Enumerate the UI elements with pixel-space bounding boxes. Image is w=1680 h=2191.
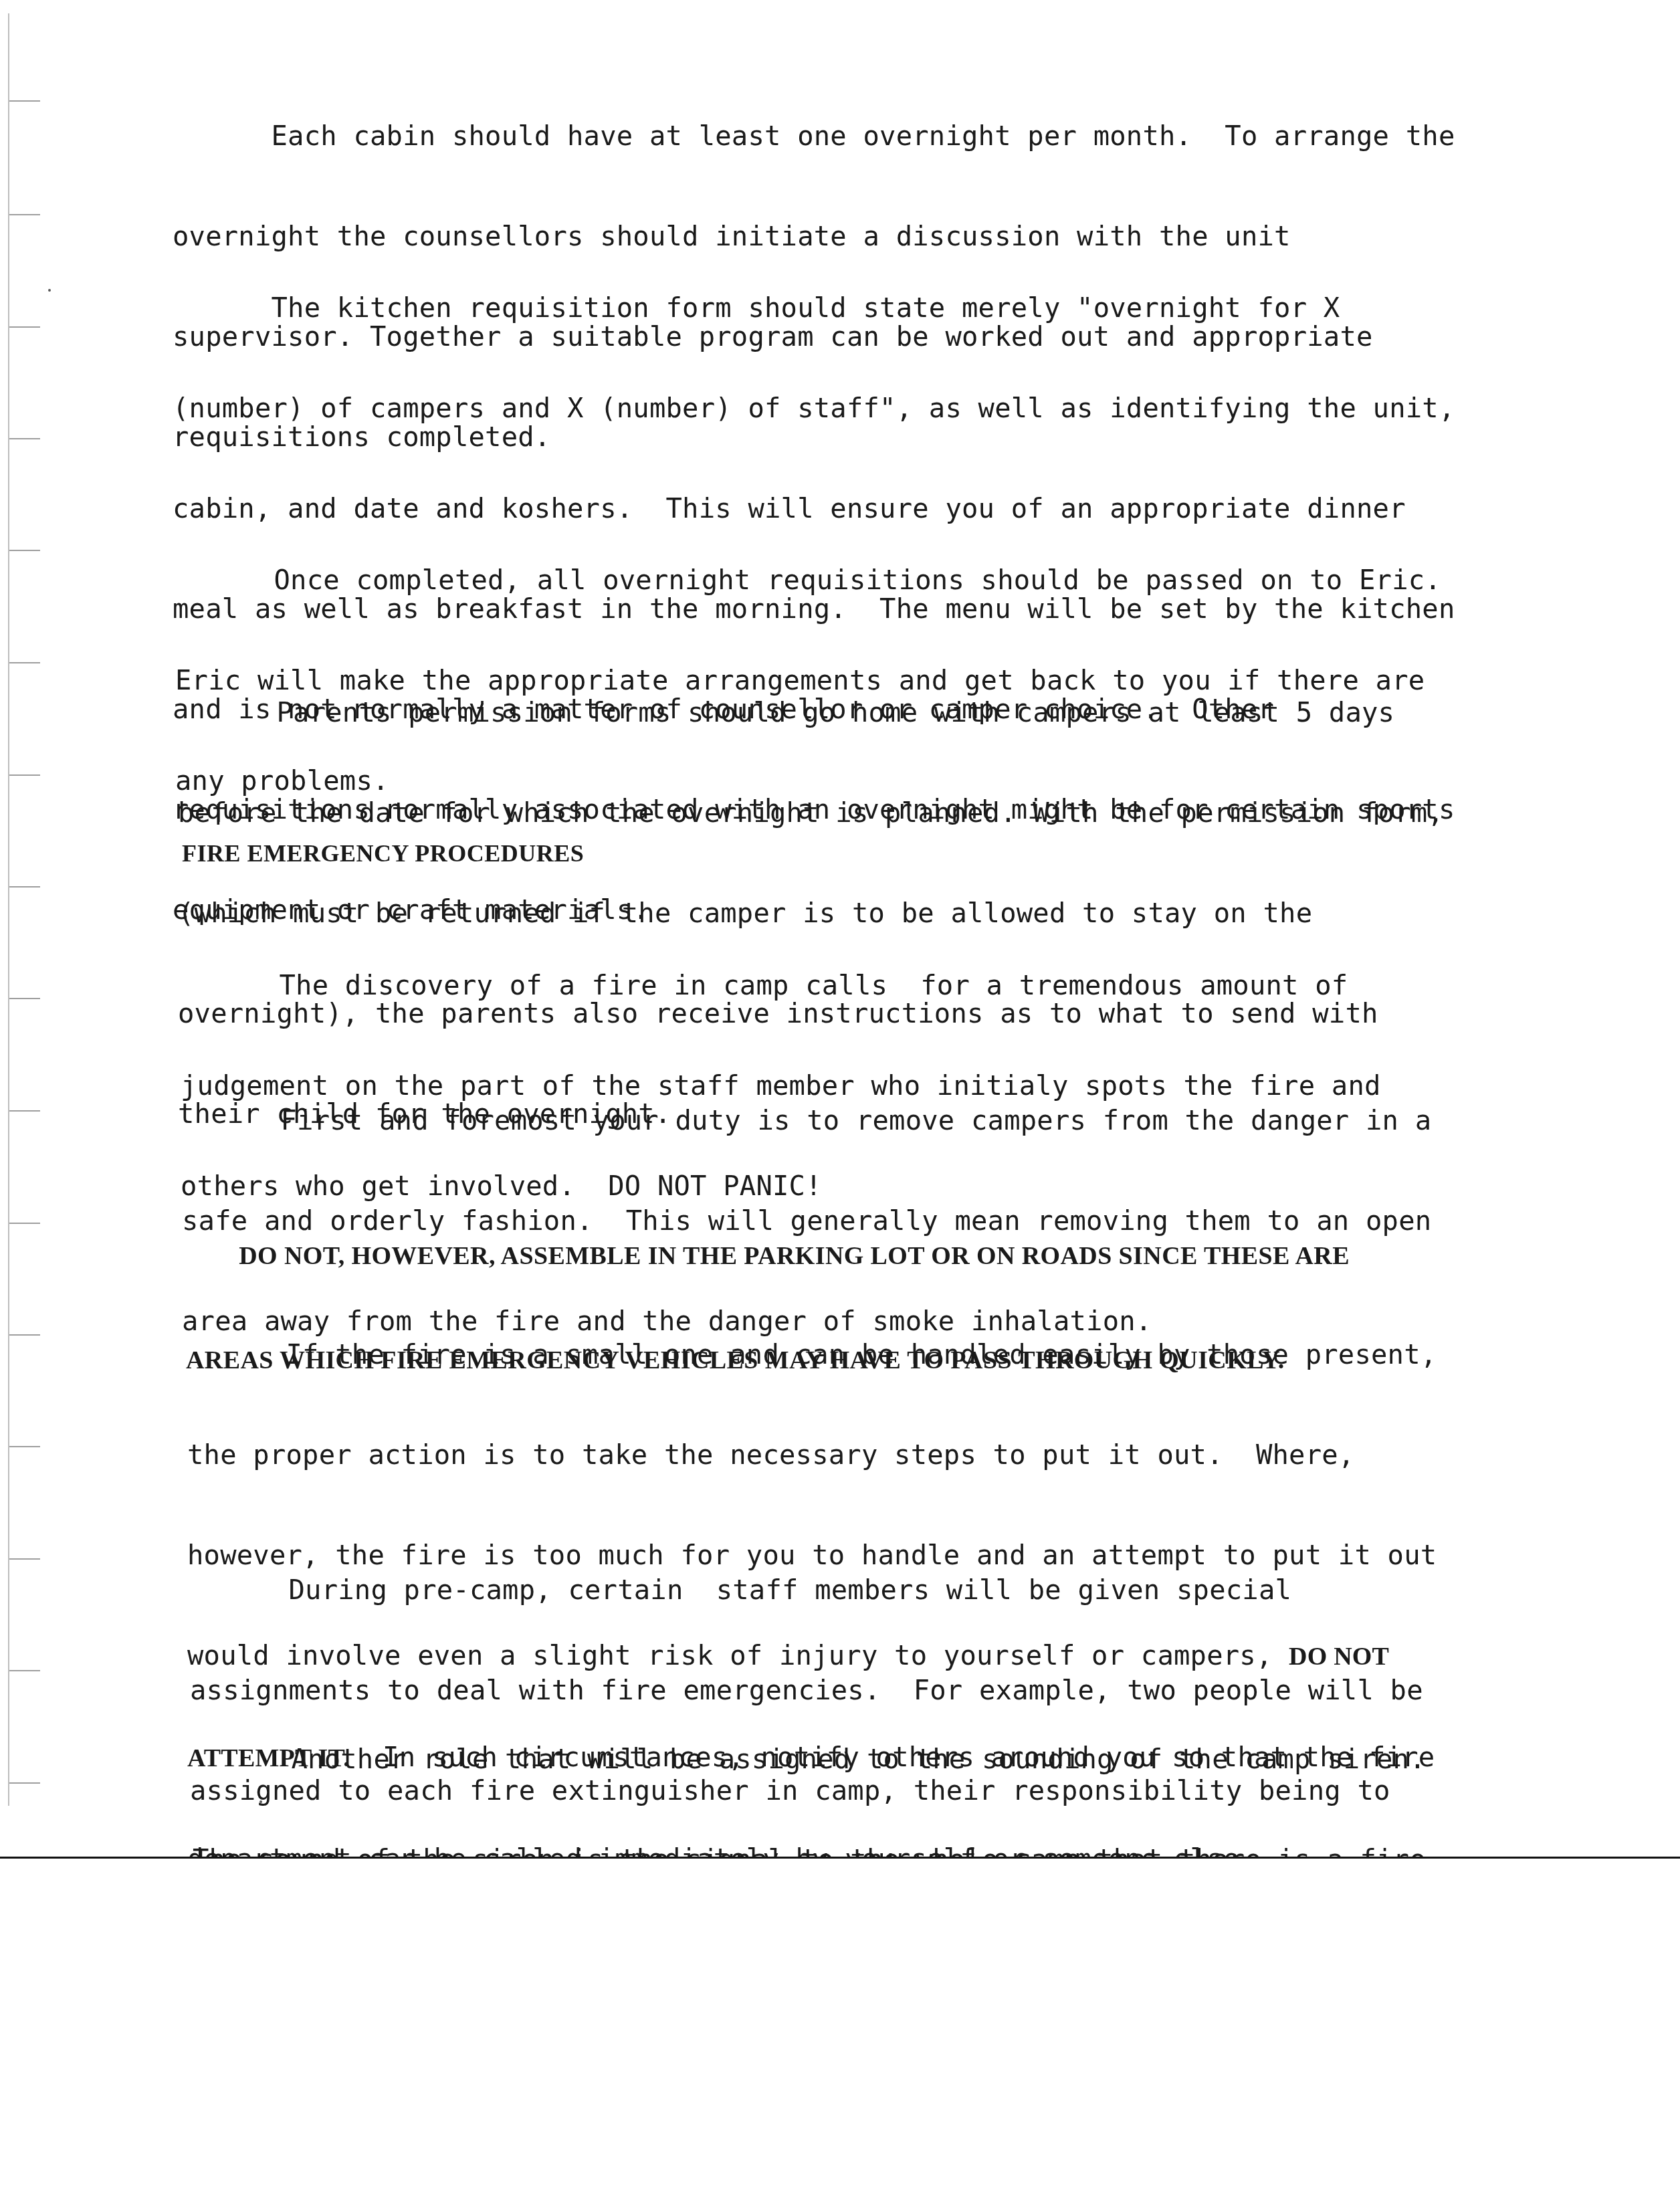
binder-tick bbox=[9, 1223, 40, 1224]
binder-tick bbox=[9, 438, 40, 439]
section-heading-fire-emergency: FIRE EMERGENCY PROCEDURES bbox=[182, 839, 584, 867]
text-line: before the date for which the overnight … bbox=[178, 796, 1444, 829]
text-line: Parents permission forms should go home … bbox=[178, 696, 1444, 729]
scan-speck bbox=[48, 289, 51, 292]
text-line: Once completed, all overnight requisitio… bbox=[175, 563, 1441, 597]
binder-tick bbox=[9, 774, 40, 776]
text-line: First and foremost your duty is to remov… bbox=[182, 1104, 1431, 1137]
binder-tick bbox=[9, 662, 40, 663]
binder-tick bbox=[9, 1446, 40, 1447]
binder-tick bbox=[9, 886, 40, 888]
text-line: Each cabin should have at least one over… bbox=[173, 119, 1455, 152]
binder-tick bbox=[9, 1110, 40, 1112]
binder-tick bbox=[9, 1782, 40, 1784]
text-line: The discovery of a fire in camp calls fo… bbox=[181, 968, 1381, 1002]
text-line: Another role that will be assigned to th… bbox=[193, 1742, 1426, 1776]
binder-tick bbox=[9, 998, 40, 999]
binder-margin-line bbox=[8, 13, 9, 1806]
text-line: The kitchen requisition form should stat… bbox=[173, 291, 1455, 324]
scan-background-area bbox=[0, 1857, 1680, 2191]
text-line: the proper action is to take the necessa… bbox=[187, 1438, 1437, 1471]
text-line: If the fire is a small one and can be ha… bbox=[187, 1338, 1437, 1371]
text-line: DO NOT, HOWEVER, ASSEMBLE IN THE PARKING… bbox=[186, 1239, 1350, 1273]
text-line: During pre-camp, certain staff members w… bbox=[190, 1573, 1423, 1606]
scanned-page: Each cabin should have at least one over… bbox=[0, 0, 1680, 1857]
binder-tick bbox=[9, 100, 40, 102]
text-line: (number) of campers and X (number) of st… bbox=[173, 391, 1455, 425]
scan-speck bbox=[259, 1800, 262, 1803]
binder-tick bbox=[9, 1558, 40, 1560]
binder-tick bbox=[9, 1670, 40, 1671]
binder-tick bbox=[9, 214, 40, 215]
binder-tick bbox=[9, 1334, 40, 1336]
binder-tick bbox=[9, 550, 40, 551]
binder-tick bbox=[9, 326, 40, 328]
